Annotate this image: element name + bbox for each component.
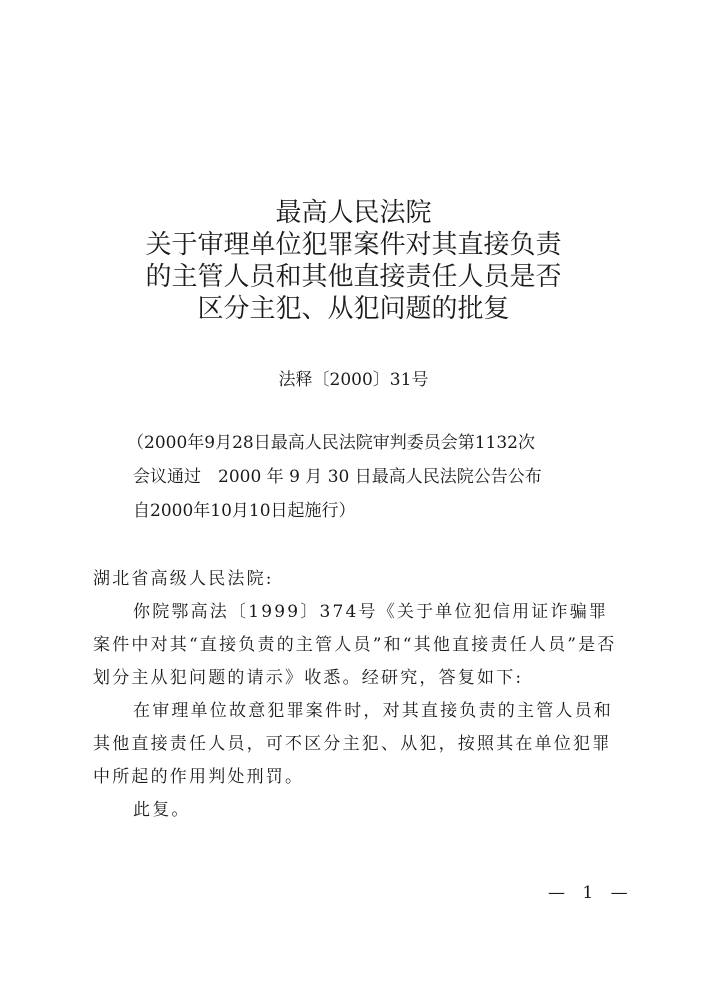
body-paragraph-1: 你院鄂高法〔1999〕374号《关于单位犯信用证诈骗罪案件中对其“直接负责的主管… (93, 596, 623, 695)
title-line-4: 区分主犯、从犯问题的批复 (0, 292, 707, 326)
title-line-1: 最高人民法院 (0, 196, 707, 230)
addressee: 湖北省高级人民法院: (93, 563, 623, 596)
adoption-note-line-2: 会议通过 2000 年 9 月 30 日最高人民法院公告公布 (133, 460, 603, 494)
adoption-note-line-1: （2000年9月28日最高人民法院审判委员会第1132次 (127, 426, 603, 460)
title-line-2: 关于审理单位犯罪案件对其直接负责 (0, 228, 707, 262)
document-number: 法释〔2000〕31号 (0, 365, 707, 390)
title-line-3: 的主管人员和其他直接责任人员是否 (0, 260, 707, 294)
adoption-note: （2000年9月28日最高人民法院审判委员会第1132次 会议通过 2000 年… (133, 426, 603, 528)
body-paragraph-2: 在审理单位故意犯罪案件时，对其直接负责的主管人员和其他直接责任人员，可不区分主犯… (93, 695, 623, 794)
adoption-note-line-3: 自2000年10月10日起施行） (133, 494, 603, 528)
document-body: 湖北省高级人民法院: 你院鄂高法〔1999〕374号《关于单位犯信用证诈骗罪案件… (93, 563, 623, 827)
page-number: — 1 — (548, 883, 634, 903)
body-paragraph-3: 此复。 (93, 794, 623, 827)
